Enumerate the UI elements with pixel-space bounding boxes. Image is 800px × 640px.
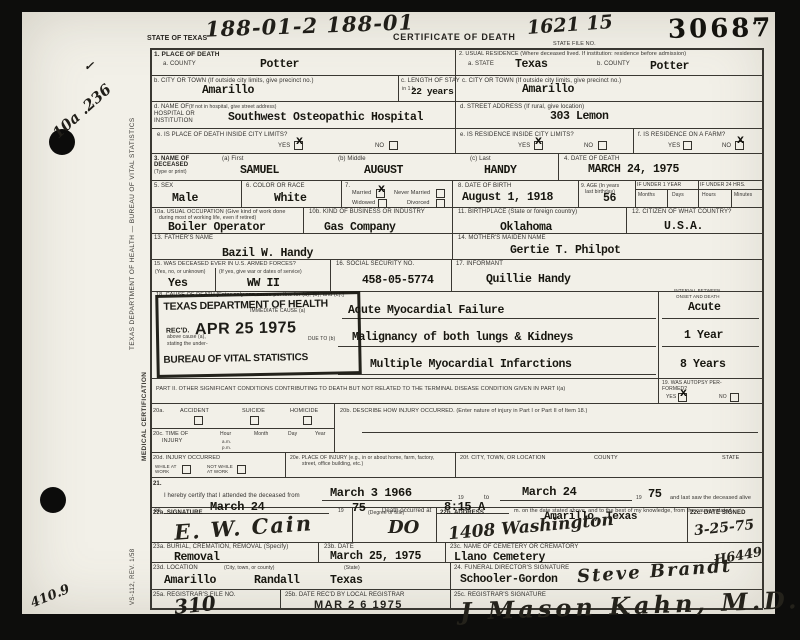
handwritten-codes: 188-01-2 188-01 xyxy=(205,11,415,39)
state-of-texas-label: STATE OF TEXAS xyxy=(147,35,207,43)
margin-check-mark: ✓ xyxy=(84,60,94,72)
field-7-widowed-checkbox xyxy=(378,199,387,208)
field-22c-date-signed-label: 22c. DATE SIGNED xyxy=(690,510,746,517)
form-line xyxy=(450,589,451,608)
field-20c-label2: INJURY xyxy=(162,438,182,445)
field-20a-suicide-checkbox xyxy=(250,416,259,425)
form-line xyxy=(303,207,304,233)
field-1e-no-checkbox xyxy=(389,141,398,150)
form-line xyxy=(451,259,452,291)
form-line xyxy=(150,48,152,608)
field-21-y2: 19 xyxy=(636,495,642,501)
field-7-divorced-label: Divorced xyxy=(407,200,430,207)
interval-header-2: ONSET AND DEATH xyxy=(676,294,720,299)
field-1a-county-value: Potter xyxy=(260,59,299,71)
field-21-from-value: March 3 1966 xyxy=(330,487,412,499)
field-18a-value: Acute Myocardial Failure xyxy=(348,305,504,317)
field-20c-am-label: a.m. xyxy=(222,439,231,444)
field-1a-county-label: a. COUNTY xyxy=(163,61,196,68)
field-20a-homicide-checkbox xyxy=(303,416,312,425)
field-1b-city-value: Amarillo xyxy=(202,85,254,97)
field-2a-state-value: Texas xyxy=(515,59,548,71)
field-9-minutes-label: Minutes xyxy=(734,192,752,198)
field-23d-city-value: Amarillo xyxy=(164,575,216,587)
field-9-under1yr-label: IF UNDER 1 YEAR xyxy=(637,182,681,188)
scanned-death-certificate: ✓ 10a .236 410.9 TEXAS DEPARTMENT OF HEA… xyxy=(0,0,800,640)
form-line xyxy=(150,378,762,379)
field-1e-no-label: NO xyxy=(375,143,384,150)
field-10b-industry-label: 10b. KIND OF BUSINESS OR INDUSTRY xyxy=(309,209,425,216)
form-line xyxy=(150,207,762,208)
field-1c-length-of-stay-label: c. LENGTH OF STAY xyxy=(401,78,460,85)
field-21-to-year: 75 xyxy=(648,488,662,500)
stamp-recd-label: REC'D. xyxy=(166,327,190,334)
field-7-never-married-label: Never Married xyxy=(394,190,430,197)
field-2f-yes-checkbox xyxy=(683,141,692,150)
certificate-number-dots: ·· xyxy=(752,16,762,32)
state-file-no-label: STATE FILE NO. xyxy=(553,41,596,48)
field-3c-last-value: HANDY xyxy=(484,165,517,177)
form-line xyxy=(215,268,216,291)
field-8-dob-label: 8. DATE OF BIRTH xyxy=(458,183,511,190)
form-line xyxy=(330,259,331,291)
field-19-yes-x: X xyxy=(680,390,687,399)
field-23d-state-sub: (State) xyxy=(344,565,360,571)
field-1-place-of-death-label: 1. PLACE OF DEATH xyxy=(154,51,220,59)
form-line xyxy=(452,180,453,207)
form-line xyxy=(698,180,699,207)
cause-underline-b xyxy=(338,346,656,347)
form-line xyxy=(334,403,335,452)
field-6-race-value: White xyxy=(274,193,307,205)
field-20f-county-label: COUNTY xyxy=(594,455,618,462)
form-line xyxy=(241,180,242,207)
field-9-hours-label: Hours xyxy=(702,192,716,198)
form-line xyxy=(280,589,281,608)
field-2e-yes-label: YES xyxy=(518,143,530,150)
field-23d-city-sub: (City, town, or county) xyxy=(224,565,275,571)
field-9-months-label: Months xyxy=(638,192,655,198)
field-10a-occupation-value: Boiler Operator xyxy=(168,222,266,234)
field-20a-suicide-label: SUICIDE xyxy=(242,408,265,415)
field-12-citizen-label: 12. CITIZEN OF WHAT COUNTRY? xyxy=(632,209,731,216)
field-2a-state-label: a. STATE xyxy=(468,61,494,68)
field-20c-day-label: Day xyxy=(288,431,297,437)
form-line xyxy=(318,542,319,562)
field-17-informant-value: Quillie Handy xyxy=(486,274,571,286)
field-20a-label: 20a. xyxy=(153,408,164,415)
field-8-dob-value: August 1, 1918 xyxy=(462,192,553,204)
field-20c-hour-label: Hour xyxy=(220,431,231,437)
field-3a-first-label: (a) First xyxy=(222,156,244,163)
field-3b-middle-value: AUGUST xyxy=(364,165,403,177)
field-13-father-label: 13. FATHER'S NAME xyxy=(154,235,213,242)
field-2d-street-value: 303 Lemon xyxy=(550,111,609,123)
field-13-father-value: Bazil W. Handy xyxy=(222,248,313,260)
field-17-informant-label: 17. INFORMANT xyxy=(456,261,503,268)
form-line xyxy=(150,75,762,76)
field-20a-accident-label: ACCIDENT xyxy=(180,408,209,415)
field-22b-address-label: 22b. ADDRESS xyxy=(440,510,484,517)
field-21-y3: 19 xyxy=(338,508,344,514)
field-18c-value: Multiple Myocardial Infarctions xyxy=(370,359,572,371)
field-20a-homicide-label: HOMICIDE xyxy=(290,408,318,415)
form-line xyxy=(635,180,636,207)
field-11-birthplace-label: 11. BIRTHPLACE (State or foreign country… xyxy=(458,209,577,216)
field-24-funeral-director-label: 24. FUNERAL DIRECTOR'S SIGNATURE xyxy=(454,565,569,572)
form-line xyxy=(150,403,762,404)
received-stamp: TEXAS DEPARTMENT OF HEALTH REC'D. APR 25… xyxy=(155,291,362,378)
field-20a-accident-checkbox xyxy=(194,416,203,425)
field-2f-yes-label: YES xyxy=(668,143,680,150)
field-5-sex-value: Male xyxy=(172,193,198,205)
field-24-funeral-home-typed: Schooler-Gordon xyxy=(460,574,558,586)
field-4-date-of-death-value: MARCH 24, 1975 xyxy=(588,164,679,176)
stamp-line-3: BUREAU OF VITAL STATISTICS xyxy=(163,352,308,366)
field-7-never-married-checkbox xyxy=(436,189,445,198)
cause-underline-c xyxy=(338,374,656,375)
margin-note-top-left: 10a .236 xyxy=(50,82,114,142)
side-text-department: TEXAS DEPARTMENT OF HEALTH — BUREAU OF V… xyxy=(130,117,137,350)
form-line xyxy=(635,189,762,190)
field-1d-hospital-value: Southwest Osteopathic Hospital xyxy=(228,112,423,124)
field-7-marital-label: 7. xyxy=(345,183,350,190)
field-20b-label: 20b. DESCRIBE HOW INJURY OCCURRED. (Ente… xyxy=(340,408,587,415)
field-22c-date-signed-value: 3-25-75 xyxy=(693,518,754,538)
field-7-widowed-label: Widowed xyxy=(352,200,375,207)
field-20d-not-while-label2: AT WORK xyxy=(207,469,228,474)
field-15-war-value: WW II xyxy=(247,278,280,290)
field-15-armed-forces-value: Yes xyxy=(168,278,188,290)
field-1c-length-of-stay-value: 22 years xyxy=(411,87,453,97)
stamp-line-1: TEXAS DEPARTMENT OF HEALTH xyxy=(163,298,328,313)
field-18b-value: Malignancy of both lungs & Kidneys xyxy=(352,332,573,344)
field-3c-last-label: (c) Last xyxy=(470,156,491,163)
field-20c-month-label: Month xyxy=(254,431,268,437)
field-3a-first-value: SAMUEL xyxy=(240,165,279,177)
field-2f-farm-label: f. IS RESIDENCE ON A FARM? xyxy=(638,132,725,139)
field-23c-cemetery-value: Llano Cemetery xyxy=(454,552,545,564)
interval-c-value: 8 Years xyxy=(680,359,726,371)
field-25b-date-recd-stamp: MAR 2 6 1975 xyxy=(314,599,403,611)
field-2-usual-residence-label: 2. USUAL RESIDENCE (Where deceased lived… xyxy=(459,51,686,58)
physician-degree: DO xyxy=(388,519,419,537)
certificate-title: CERTIFICATE OF DEATH xyxy=(393,32,516,43)
field-19-no-checkbox xyxy=(730,393,739,402)
interval-underline-a xyxy=(662,318,759,319)
field-3b-middle-label: (b) Middle xyxy=(338,156,366,163)
field-20c-pm-label: p.m. xyxy=(222,445,231,450)
field-22a-signature-label: 22a. SIGNATURE xyxy=(153,510,203,517)
funeral-director-code: H6449 xyxy=(713,546,763,567)
field-15-sub2: (If yes, give war or dates of service) xyxy=(219,269,302,275)
form-line xyxy=(150,128,762,129)
field-9-under24-label: IF UNDER 24 HRS. xyxy=(700,182,746,188)
field-1e-yes-x: X xyxy=(296,138,303,147)
field-22a-degree-label: (Degree or title) xyxy=(368,510,404,516)
form-line xyxy=(633,128,634,153)
field-20d-not-while-checkbox xyxy=(237,465,246,474)
form-line xyxy=(150,101,762,102)
field-20f-label: 20f. CITY, TOWN, OR LOCATION xyxy=(460,455,546,462)
field-5-sex-label: 5. SEX xyxy=(154,183,173,190)
field-20e-label2: street, office building, etc.) xyxy=(302,461,363,467)
interval-underline-b xyxy=(662,346,759,347)
form-line xyxy=(150,477,762,478)
interval-a-value: Acute xyxy=(688,302,721,314)
field-2f-no-label: NO xyxy=(722,143,731,150)
form-line xyxy=(285,452,286,477)
field-20f-state-label: STATE xyxy=(722,455,739,462)
field-19-no-label: NO xyxy=(719,394,727,400)
field-19-yes-label: YES xyxy=(666,394,676,400)
field-21-on-year: 75 xyxy=(352,502,366,514)
field-2e-yes-x: X xyxy=(535,138,542,147)
field-2f-no-x: X xyxy=(737,137,744,146)
field-23b-date-value: March 25, 1975 xyxy=(330,551,421,563)
field-2e-limits-label: e. IS RESIDENCE INSIDE CITY LIMITS? xyxy=(460,132,574,139)
form-line xyxy=(150,452,762,453)
form-line xyxy=(762,48,764,608)
field-2e-no-checkbox xyxy=(598,141,607,150)
field-15-armed-forces-label: 15. WAS DECEASED EVER IN U.S. ARMED FORC… xyxy=(154,261,296,268)
margin-note-bottom-left: 410.9 xyxy=(29,583,72,610)
form-line xyxy=(578,180,579,207)
part2-label: PART II. OTHER SIGNIFICANT CONDITIONS CO… xyxy=(156,386,565,393)
punch-hole-bottom xyxy=(40,487,66,513)
field-14-mother-label: 14. MOTHER'S MAIDEN NAME xyxy=(458,235,546,242)
form-line xyxy=(341,180,342,207)
form-line xyxy=(452,233,453,259)
field-14-mother-value: Gertie T. Philpot xyxy=(510,245,621,257)
field-20d-while-label2: WORK xyxy=(155,469,169,474)
field-23d-state-value: Texas xyxy=(330,575,363,587)
side-text-form-number: VS-112, REV. 1/58 xyxy=(130,549,136,606)
form-line xyxy=(150,48,763,50)
field-20b-answer-line xyxy=(362,432,758,433)
form-line xyxy=(626,207,627,233)
field-21-underline1 xyxy=(322,500,452,501)
field-1e-yes-label: YES xyxy=(278,143,290,150)
side-text-medical-certification: MEDICAL CERTIFICATION xyxy=(142,372,149,461)
form-line xyxy=(150,153,762,154)
field-16-ssn-label: 16. SOCIAL SECURITY NO. xyxy=(336,261,414,268)
cause-underline-a xyxy=(342,318,656,319)
field-2b-county-value: Potter xyxy=(650,61,689,73)
field-21-to-value: March 24 xyxy=(522,486,576,498)
form-line xyxy=(452,207,453,233)
form-line xyxy=(455,48,456,153)
field-9-age-value: 56 xyxy=(603,193,616,205)
field-16-ssn-value: 458-05-5774 xyxy=(362,275,434,287)
field-23d-county-value: Randall xyxy=(254,575,300,587)
field-1d-hospital-sub: (If not in hospital, give street address… xyxy=(189,104,276,110)
interval-b-value: 1 Year xyxy=(684,330,723,342)
interval-header-1: INTERVAL BETWEEN xyxy=(674,288,721,293)
field-23d-location-label: 23d. LOCATION xyxy=(153,565,198,572)
field-21-text2: and last saw the deceased alive xyxy=(670,495,751,502)
field-20c-label: 20c. TIME OF xyxy=(153,431,188,438)
field-11-birthplace-value: Oklahoma xyxy=(500,222,552,234)
field-6-race-label: 6. COLOR OR RACE xyxy=(246,183,305,190)
field-2e-no-label: NO xyxy=(584,143,593,150)
field-10b-industry-value: Gas Company xyxy=(324,222,396,234)
form-line xyxy=(731,189,732,207)
field-25a-registrar-file-value: 310 xyxy=(173,593,217,617)
field-7-married-label: Married xyxy=(352,190,371,197)
form-line xyxy=(658,291,659,403)
field-21-underline2 xyxy=(500,500,632,501)
field-7-married-x: X xyxy=(378,186,385,195)
field-20c-year-label: Year xyxy=(315,431,326,437)
field-3-name-label3: (Type or print) xyxy=(154,169,187,175)
form-line xyxy=(455,452,456,477)
field-20d-while-checkbox xyxy=(182,465,191,474)
certificate-paper: ✓ 10a .236 410.9 TEXAS DEPARTMENT OF HEA… xyxy=(22,12,775,614)
field-1d-hospital-label3: INSTITUTION xyxy=(154,118,193,125)
form-line xyxy=(667,189,668,207)
field-23a-burial-value: Removal xyxy=(174,552,220,564)
handwritten-file-number: 1621 15 xyxy=(526,13,613,38)
form-line xyxy=(398,75,399,101)
field-7-divorced-checkbox xyxy=(436,199,445,208)
field-12-citizen-value: U.S.A. xyxy=(664,221,703,233)
field-9-days-label: Days xyxy=(672,192,684,198)
field-21-number: 21. xyxy=(153,481,162,488)
form-line xyxy=(450,562,451,589)
field-21-on-value: March 24 xyxy=(210,501,264,513)
form-line xyxy=(445,542,446,562)
form-line xyxy=(558,153,559,180)
form-line xyxy=(150,428,334,429)
field-2c-city-value: Amarillo xyxy=(522,84,574,96)
field-20d-label: 20d. INJURY OCCURRED xyxy=(153,455,220,462)
field-1e-limits-label: e. IS PLACE OF DEATH INSIDE CITY LIMITS? xyxy=(157,132,287,139)
stamp-date: APR 25 1975 xyxy=(195,319,297,339)
field-15-sub1: (Yes, no, or unknown) xyxy=(155,269,206,275)
field-2b-county-label: b. COUNTY xyxy=(597,61,630,68)
